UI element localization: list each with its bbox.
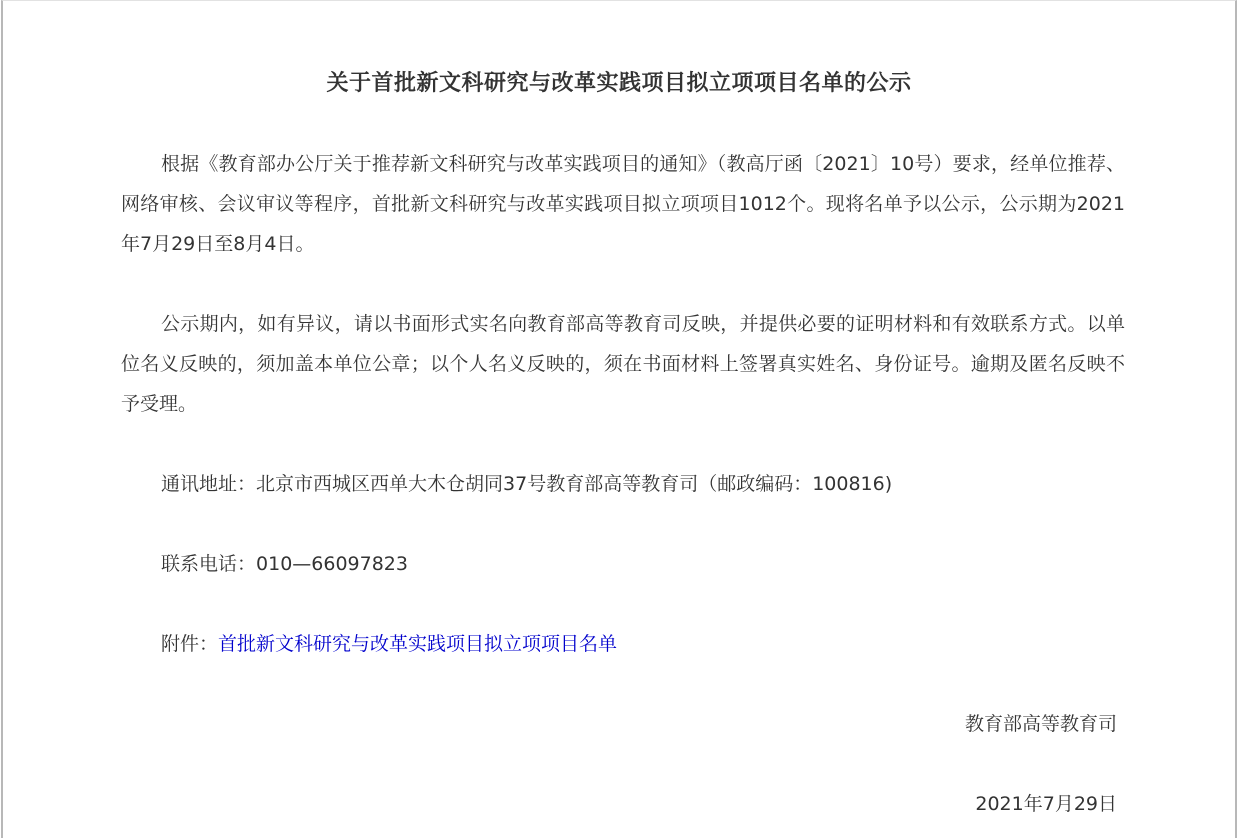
signature-organization: 教育部高等教育司 xyxy=(965,704,1117,744)
document-page: 关于首批新文科研究与改革实践项目拟立项项目名单的公示 根据《教育部办公厅关于推荐… xyxy=(1,0,1237,838)
signature-date: 2021年7月29日 xyxy=(975,784,1117,824)
paragraph-announcement: 根据《教育部办公厅关于推荐新文科研究与改革实践项目的通知》（教高厅函〔2021〕… xyxy=(121,144,1125,264)
attachment-label: 附件： xyxy=(161,633,218,655)
page-title: 关于首批新文科研究与改革实践项目拟立项项目名单的公示 xyxy=(3,67,1235,101)
contact-address: 通讯地址：北京市西城区西单大木仓胡同37号教育部高等教育司（邮政编码：10081… xyxy=(161,464,892,504)
address-value: 北京市西城区西单大木仓胡同37号教育部高等教育司（邮政编码：100816) xyxy=(256,473,892,495)
attachment: 附件：首批新文科研究与改革实践项目拟立项项目名单 xyxy=(161,624,617,664)
phone-value: 010—66097823 xyxy=(256,553,408,575)
paragraph-objection-instructions: 公示期内，如有异议，请以书面形式实名向教育部高等教育司反映，并提供必要的证明材料… xyxy=(121,304,1125,424)
contact-phone: 联系电话：010—66097823 xyxy=(161,544,408,584)
attachment-link[interactable]: 首批新文科研究与改革实践项目拟立项项目名单 xyxy=(218,633,617,655)
address-label: 通讯地址： xyxy=(161,473,256,495)
phone-label: 联系电话： xyxy=(161,553,256,575)
